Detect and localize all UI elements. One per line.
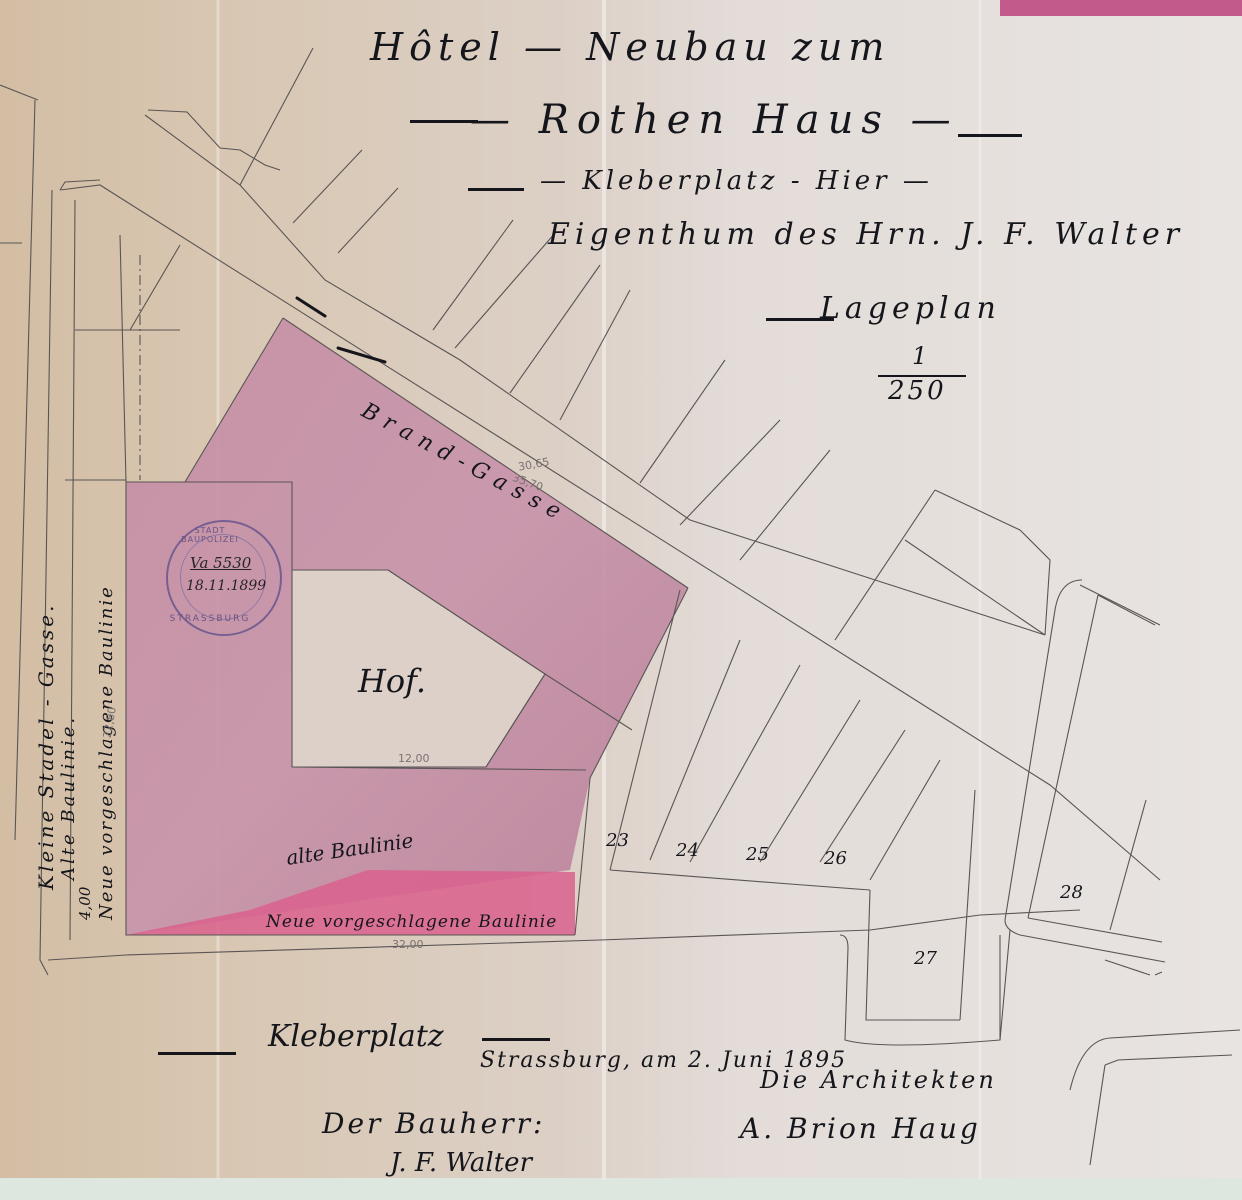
stamp-ring-top: STADT BAUPOLIZEI [168,526,252,544]
title-dash [766,318,834,321]
owner-signature: J. F. Walter [390,1150,532,1176]
kleberplatz-dash-left [158,1052,236,1055]
dimension-label: 32,00 [392,938,424,951]
left-new-line-label: Neue vorgeschlagene Baulinie [98,585,116,920]
title-dash [468,188,524,191]
left-offset-dimension: 4,00 [78,887,93,920]
stamp-ring-bottom: STRASSBURG [168,614,252,624]
courtyard-label: Hof. [358,665,426,697]
architects-label: Die Architekten [760,1068,997,1092]
owner-label: Der Bauherr: [322,1110,545,1138]
stamp-number: Va 5530 [190,554,251,572]
square-label-kleberplatz: Kleberplatz [268,1022,444,1052]
parcel-number: 26 [824,850,847,868]
bottom-mount-edge [0,1178,1242,1200]
scale-numerator: 1 [912,344,927,368]
architects-signature: A. Brion Haug [740,1115,981,1143]
title-dash [958,134,1022,137]
title-line-4: Eigenthum des Hrn. J. F. Walter [548,220,1184,250]
title-dash [410,120,478,123]
street-label-left: Kleine Stadel - Gasse. [36,603,56,890]
new-building-line-label: Neue vorgeschlagene Baulinie [266,914,557,931]
parcel-number: 25 [746,846,769,864]
title-line-1: Hôtel — Neubau zum [370,28,890,66]
title-line-5: Lageplan [820,294,1001,324]
left-old-line-label: Alte Baulinie. [60,715,78,880]
title-line-2: — Rothen Haus — [470,100,959,140]
building-police-stamp: STADT BAUPOLIZEI Va 5530 18.11.1899 STRA… [166,520,282,636]
kleberplatz-dash-right [482,1038,550,1041]
parcel-number: 24 [676,842,699,860]
parcel-number: 28 [1060,884,1083,902]
stamp-date: 18.11.1899 [186,578,266,594]
scale-denominator: 250 [888,378,947,404]
parcel-number: 27 [914,950,937,968]
parcel-number: 23 [606,832,629,850]
dimension-label: 12,00 [398,752,430,765]
title-line-3: — Kleberplatz - Hier — [540,168,933,194]
pink-mount-edge [1000,0,1242,16]
site-plan-sheet: Hôtel — Neubau zum — Rothen Haus — — Kle… [0,0,1242,1200]
